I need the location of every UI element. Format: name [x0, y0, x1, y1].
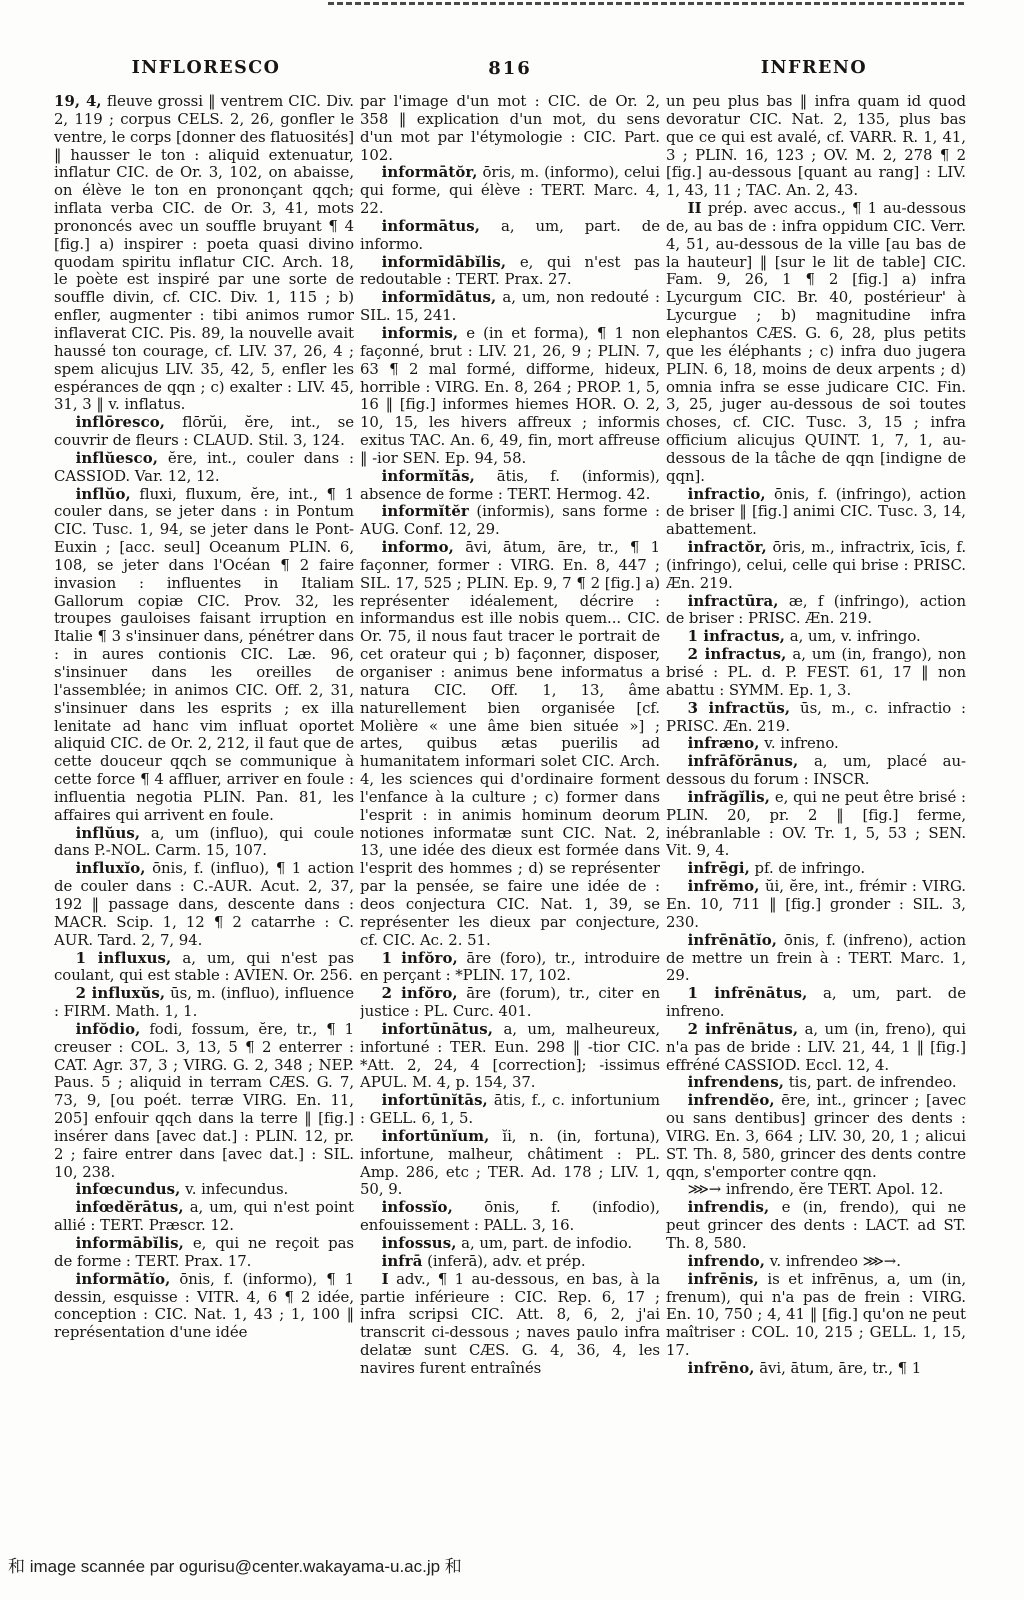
headword: II [688, 199, 702, 217]
headword: infrĕmo, [688, 877, 760, 895]
dictionary-entry: infrēno, āvi, ātum, āre, tr., ¶ 1 [666, 1360, 966, 1378]
headword: infrēgi, [688, 859, 750, 877]
dictionary-entry: infŏdio, fodi, fossum, ĕre, tr., ¶ 1 cre… [54, 1021, 354, 1182]
column-1: 19, 4, fleuve grossi ‖ ventrem CIC. Div.… [54, 93, 354, 1551]
headword: 19, 4, [54, 93, 102, 110]
dictionary-entry: infrēnātĭo, ōnis, f. (infreno), action d… [666, 932, 966, 986]
dictionary-entry: informātŏr, ōris, m. (informo), celui qu… [360, 164, 660, 218]
header-guide-word-left: INFLORESCO [54, 58, 358, 79]
headword: informīdātus, [382, 288, 497, 306]
dictionary-entry: infœcundus, v. infecundus. [54, 1181, 354, 1199]
headword: infŏdio, [76, 1020, 141, 1038]
headword: infœdĕrātus, [76, 1198, 184, 1216]
headword: inflŭesco, [76, 449, 158, 467]
dictionary-entry: infossĭo, ōnis, f. (infodio), enfouissem… [360, 1199, 660, 1235]
dictionary-entry: infossus, a, um, part. de infodio. [360, 1235, 660, 1253]
headword: infortūnĭtās, [382, 1091, 488, 1109]
headword: informātŏr, [382, 163, 478, 181]
dictionary-entry: I adv., ¶ 1 au-dessous, en bas, à la par… [360, 1271, 660, 1378]
dictionary-entry: informātĭo, ōnis, f. (informo), ¶ 1 dess… [54, 1271, 354, 1342]
dictionary-entry: infrēgi, pf. de infringo. [666, 860, 966, 878]
headword: 1 infrēnātus, [688, 984, 808, 1002]
dictionary-entry: 1 influxus, a, um, qui n'est pas coulant… [54, 950, 354, 986]
dictionary-entry: 1 infractus, a, um, v. infringo. [666, 628, 966, 646]
headword: 1 influxus, [76, 949, 172, 967]
headword: infrăgĭlis, [688, 788, 770, 806]
headword: infractio, [688, 485, 766, 503]
headword: informīdābĭlis, [382, 253, 507, 271]
dictionary-entry: informo, āvi, ātum, āre, tr., ¶ 1 façonn… [360, 539, 660, 949]
dictionary-entry: inflŭesco, ĕre, int., couler dans : CASS… [54, 450, 354, 486]
headword: infortūnātus, [382, 1020, 493, 1038]
headword: 2 infrēnātus, [688, 1020, 799, 1038]
page-header: INFLORESCO 816 INFRENO [54, 58, 966, 79]
column-2: par l'image d'un mot : CIC. de Or. 2, 35… [360, 93, 660, 1551]
dictionary-entry: infrā (inferā), adv. et prép. [360, 1253, 660, 1271]
header-guide-word-right: INFRENO [662, 58, 966, 79]
dictionary-entry: infrendens, tis, part. de infrendeo. [666, 1074, 966, 1092]
dictionary-entry: infrendo, v. infrendeo ⋙→. [666, 1253, 966, 1271]
headword: infrendĕo, [688, 1091, 775, 1109]
dictionary-entry: inflŭus, a, um (influo), qui coule dans … [54, 825, 354, 861]
dictionary-entry: infrăgĭlis, e, qui ne peut être brisé : … [666, 789, 966, 860]
headword: infrendens, [688, 1073, 784, 1091]
headword: 1 infractus, [688, 627, 785, 645]
headword: infractūra, [688, 592, 779, 610]
page-number: 816 [358, 58, 662, 79]
dictionary-entry: infræno, v. infreno. [666, 735, 966, 753]
headword: infrēnātĭo, [688, 931, 777, 949]
dictionary-entry: 1 infŏro, āre (foro), tr., introduire en… [360, 950, 660, 986]
entry-continuation: un peu plus bas ‖ infra quam id quod dev… [666, 93, 966, 200]
dictionary-entry: infortūnātus, a, um, malheureux, infortu… [360, 1021, 660, 1092]
headword: infossus, [382, 1234, 457, 1252]
headword: informis, [382, 324, 459, 342]
dictionary-entry: ⋙→ infrendo, ĕre TERT. Apol. 12. [666, 1181, 966, 1199]
dictionary-entry: infractŏr, ōris, m., infractrix, īcis, f… [666, 539, 966, 593]
headword: infossĭo, [382, 1198, 453, 1216]
dictionary-entry: infrendis, e (in, frendo), qui ne peut g… [666, 1199, 966, 1253]
dictionary-entry: informīdātus, a, um, non redouté : SIL. … [360, 289, 660, 325]
dictionary-entry: inflŭo, fluxi, fluxum, ĕre, int., ¶ 1 co… [54, 486, 354, 825]
headword: 2 influxŭs, [76, 984, 166, 1002]
entry-continuation: 19, 4, fleuve grossi ‖ ventrem CIC. Div.… [54, 93, 354, 414]
dictionary-entry: 2 infŏro, āre (forum), tr., citer en jus… [360, 985, 660, 1021]
dictionary-entry: infœdĕrātus, a, um, qui n'est point alli… [54, 1199, 354, 1235]
dictionary-entry: infrendĕo, ēre, int., grincer ; [avec ou… [666, 1092, 966, 1181]
headword: informābĭlis, [76, 1234, 184, 1252]
headword: 3 infractŭs, [688, 699, 791, 717]
headword: infrāfŏrānus, [688, 752, 799, 770]
headword: infractŏr, [688, 538, 767, 556]
dictionary-entry: 2 infractus, a, um (in, frango), non bri… [666, 646, 966, 700]
dictionary-entry: infractio, ōnis, f. (infringo), action d… [666, 486, 966, 540]
scan-credit-caption: 和 image scannée par ogurisu@center.wakay… [8, 1552, 462, 1577]
headword: informĭtās, [382, 467, 475, 485]
headword: influxĭo, [76, 859, 146, 877]
headword: infrendis, [688, 1198, 770, 1216]
headword: informātus, [382, 217, 480, 235]
dictionary-entry: infrāfŏrānus, a, um, placé au-dessous du… [666, 753, 966, 789]
headword: informo, [382, 538, 454, 556]
dictionary-entry: infortūnĭtās, ātis, f., c. infortunium :… [360, 1092, 660, 1128]
headword: informĭtĕr [382, 502, 469, 520]
headword: informātĭo, [76, 1270, 171, 1288]
column-3: un peu plus bas ‖ infra quam id quod dev… [666, 93, 966, 1551]
headword: 2 infractus, [688, 645, 787, 663]
headword: I [382, 1270, 389, 1288]
dictionary-entry: inflōresco, flōrŭi, ĕre, int., se couvri… [54, 414, 354, 450]
dictionary-entry: informīdābĭlis, e, qui n'est pas redouta… [360, 254, 660, 290]
dictionary-entry: 2 infrēnātus, a, um (in, freno), qui n'a… [666, 1021, 966, 1075]
headword: infrā [382, 1252, 423, 1270]
dictionary-entry: infrēnis, is et infrēnus, a, um (in, fre… [666, 1271, 966, 1360]
headword: infræno, [688, 734, 760, 752]
dictionary-entry: informis, e (in et forma), ¶ 1 non façon… [360, 325, 660, 468]
dictionary-entry: 3 infractŭs, ūs, m., c. infractio : PRIS… [666, 700, 966, 736]
headword: inflŭo, [76, 485, 131, 503]
dictionary-entry: informātus, a, um, part. de informo. [360, 218, 660, 254]
dictionary-entry: 2 influxŭs, ūs, m. (influo), influence :… [54, 985, 354, 1021]
headword: 2 infŏro, [382, 984, 458, 1002]
dictionary-entry: influxĭo, ōnis, f. (influo), ¶ 1 action … [54, 860, 354, 949]
dictionary-entry: 1 infrēnātus, a, um, part. de infreno. [666, 985, 966, 1021]
headword: infortūnĭum, [382, 1127, 490, 1145]
headword: 1 infŏro, [382, 949, 458, 967]
headword: infrēno, [688, 1359, 755, 1377]
dictionary-entry: infortūnĭum, ĭi, n. (in, fortuna), infor… [360, 1128, 660, 1199]
dictionary-entry: infractūra, æ, f (infringo), action de b… [666, 593, 966, 629]
text-columns: 19, 4, fleuve grossi ‖ ventrem CIC. Div.… [54, 93, 966, 1551]
dictionary-entry: infrĕmo, ŭi, ĕre, int., frémir : VIRG. E… [666, 878, 966, 932]
scanned-dictionary-page: INFLORESCO 816 INFRENO 19, 4, fleuve gro… [0, 0, 1024, 1600]
headword: infrēnis, [688, 1270, 759, 1288]
entry-continuation: par l'image d'un mot : CIC. de Or. 2, 35… [360, 93, 660, 164]
headword: inflōresco, [76, 413, 165, 431]
dictionary-entry: informābĭlis, e, qui ne reçoit pas de fo… [54, 1235, 354, 1271]
headword: infœcundus, [76, 1180, 181, 1198]
scan-artifact-dashed-line [328, 2, 964, 5]
headword: infrendo, [688, 1252, 765, 1270]
dictionary-entry: informĭtĕr (informis), sans forme : AUG.… [360, 503, 660, 539]
headword: inflŭus, [76, 824, 141, 842]
dictionary-entry: informĭtās, ātis, f. (informis), absence… [360, 468, 660, 504]
dictionary-entry: II prép. avec accus., ¶ 1 au-dessous de,… [666, 200, 966, 486]
